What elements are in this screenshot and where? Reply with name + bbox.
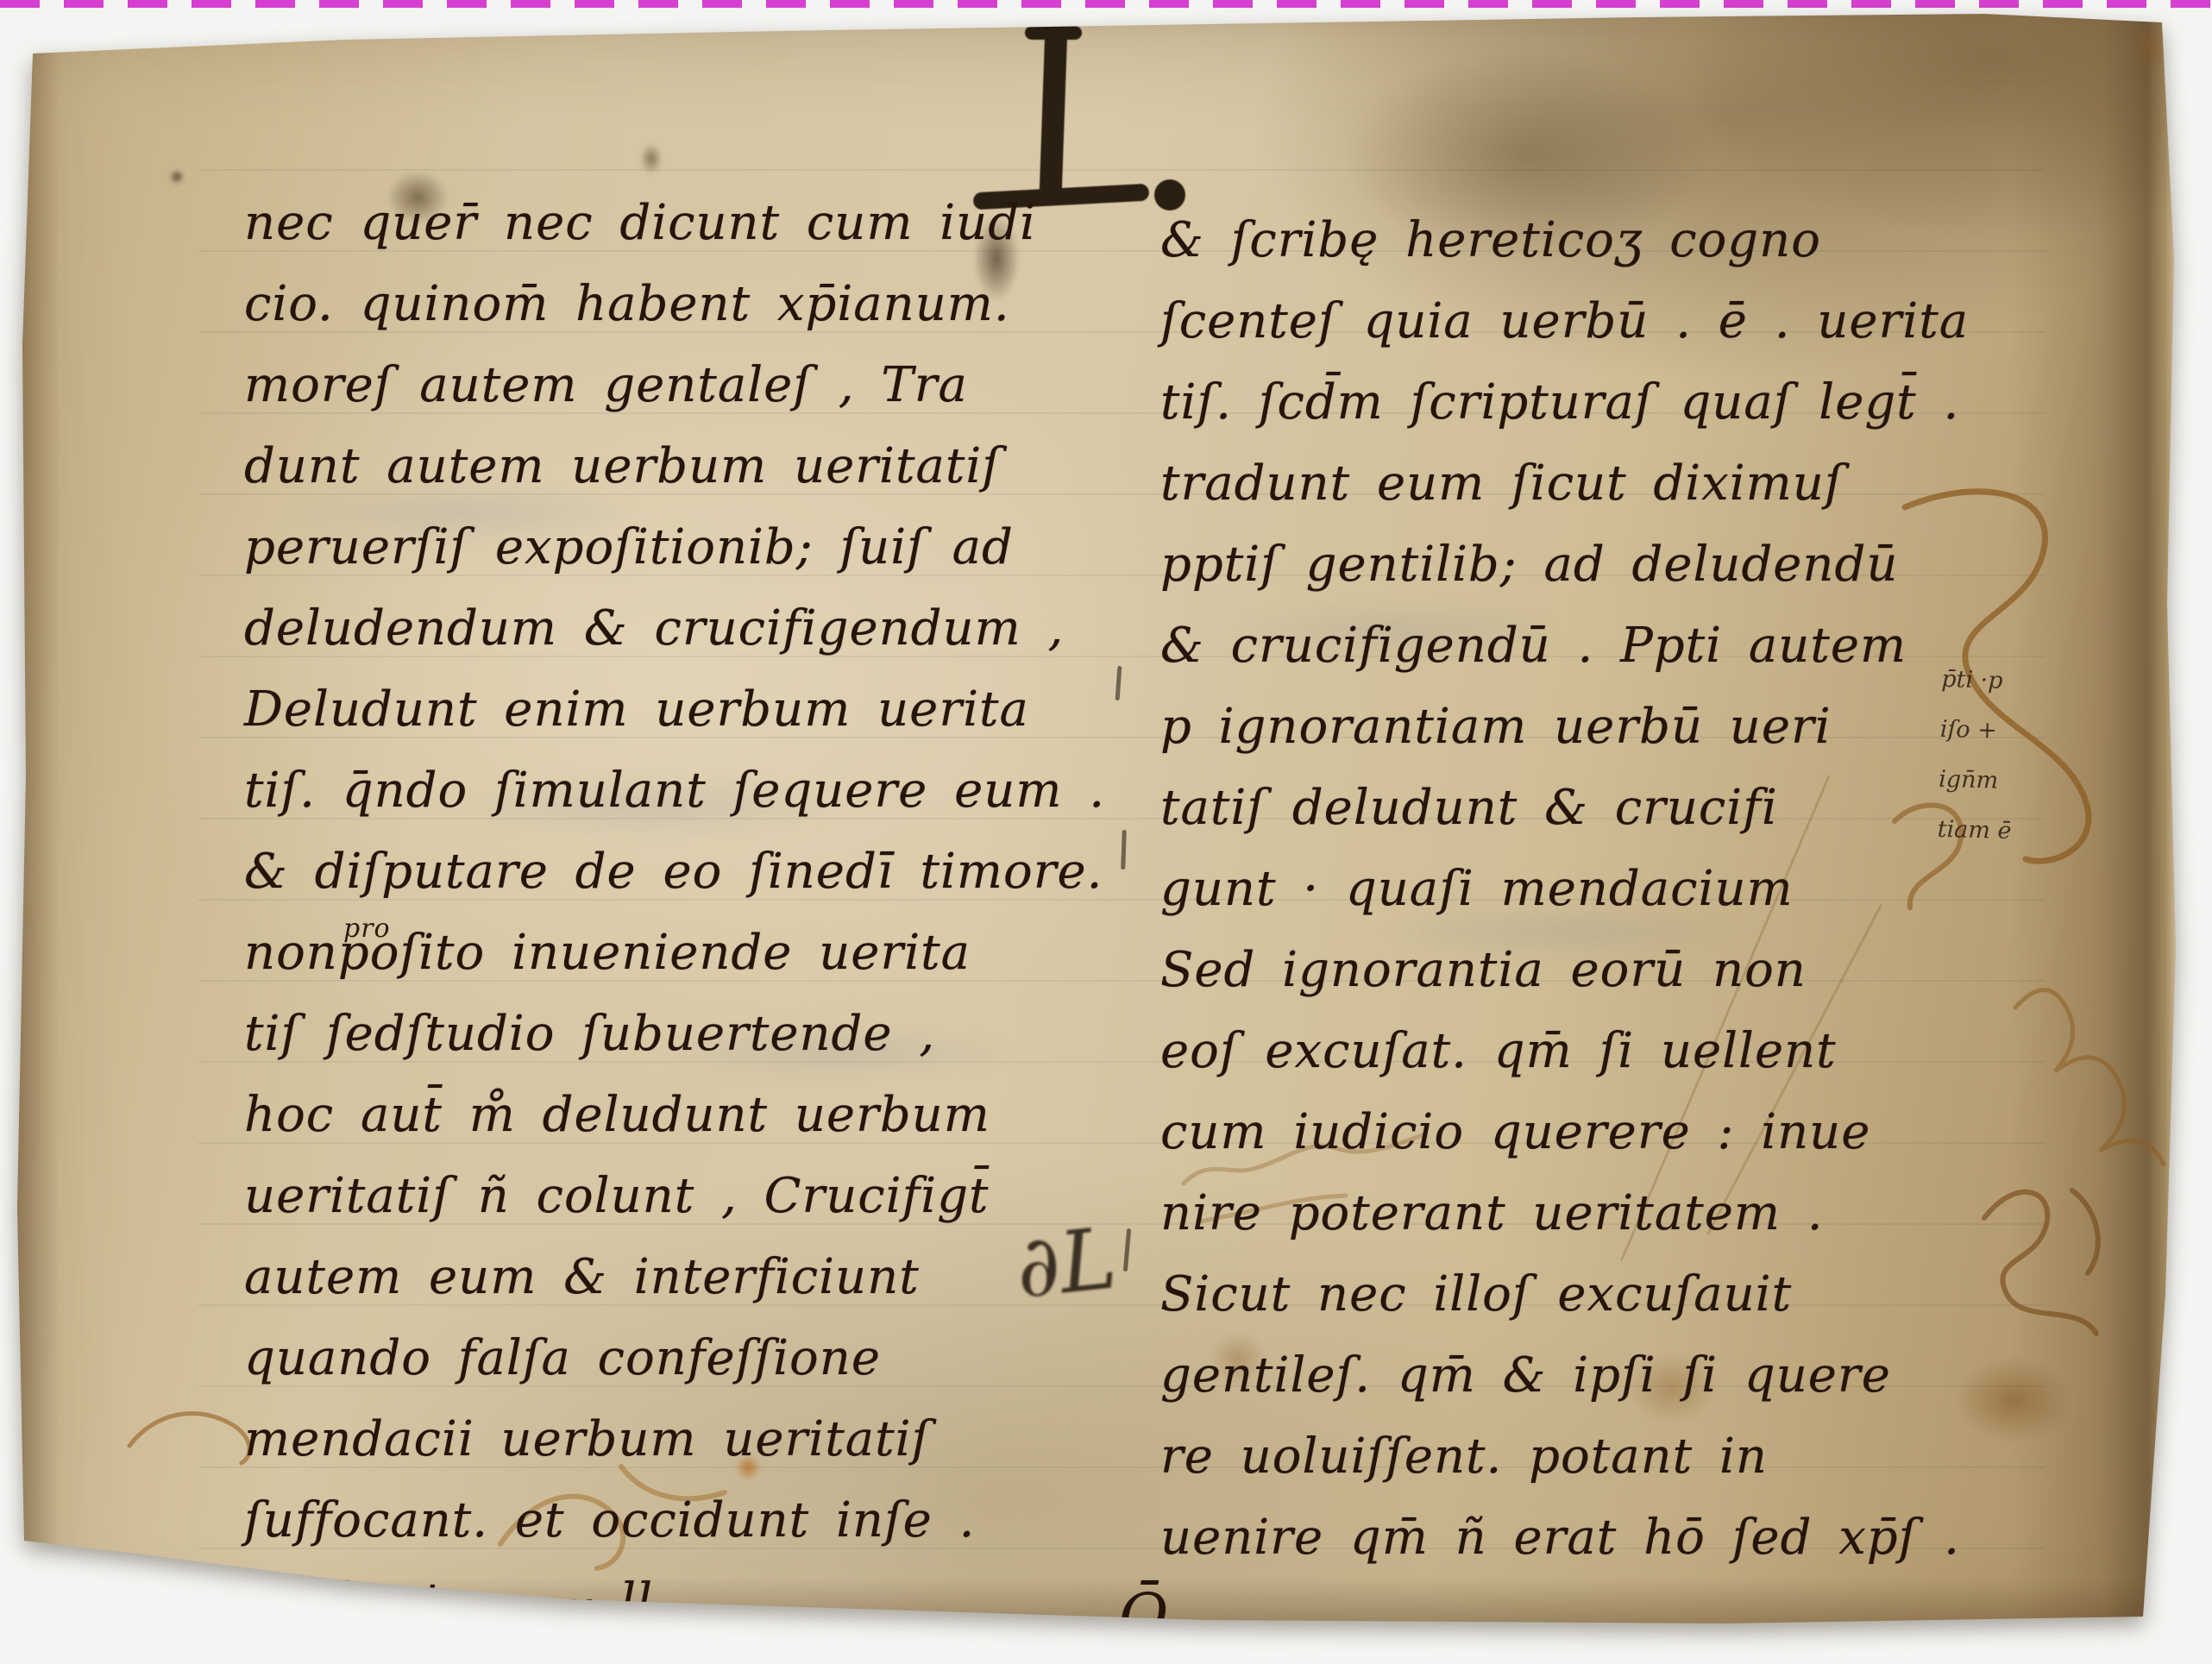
manuscript-line: hoc aut̄ m̊ deludunt uerbum	[244, 1075, 1193, 1156]
ink-fleck	[640, 143, 663, 174]
manuscript-line: nire poterant ueritatem .	[1160, 1173, 2049, 1254]
interlinear-insertion-pro: pro	[343, 916, 391, 942]
manuscript-line: tiſ. ſcd̄m ſcripturaſ quaſ legt̄ .	[1160, 362, 2049, 443]
manuscript-line: tiſ. q̄ndo ſimulant ſequere eum .	[244, 750, 1193, 832]
ink-fleck	[169, 169, 185, 185]
parchment-leaf-shadow: nec quer̄ nec dicunt cum iudicio. quinom…	[0, 0, 2212, 1664]
manuscript-line: dunt autem uerbum ueritatiſ	[244, 426, 1193, 507]
manuscript-line: tiam ē	[1937, 805, 2012, 857]
manuscript-line: ſcenteſ quia uerbū . ē . uerita	[1160, 281, 2049, 362]
manuscript-line: Et ſicut ⋯ ⋯ ll	[244, 1561, 1193, 1642]
manuscript-line: ſuffocant. et occidunt inſe .	[244, 1480, 1193, 1561]
brown-stain	[2131, 22, 2167, 72]
manuscript-line: nec quer̄ nec dicunt cum iudi	[244, 183, 1193, 264]
partial-initial-bottom: Q̄	[1118, 1586, 1167, 1646]
right-text-column: & ſcribę hereticoʒ cognoſcenteſ quia uer…	[1160, 200, 2049, 1579]
manuscript-line: mendacii uerbum ueritatiſ	[244, 1399, 1193, 1480]
manuscript-line: p ignorantiam uerbū ueri	[1160, 687, 2049, 768]
scanned-manuscript-page: nec quer̄ nec dicunt cum iudicio. quinom…	[0, 0, 2212, 1664]
manuscript-line: quando falſa confeſſione	[244, 1318, 1193, 1399]
manuscript-line: uenire qm̄ ñ erat hō ſed xp̄ſ .	[1160, 1498, 2049, 1579]
manuscript-line: pptiſ gentilib; ad deludendū	[1160, 524, 2049, 606]
manuscript-line: & diſputare de eo ſinedī timore.	[244, 832, 1193, 913]
manuscript-line: tatiſ deludunt & crucifi	[1160, 768, 2049, 849]
manuscript-line: tiſ ſedſtudio ſubuertende ,	[244, 994, 1193, 1075]
left-text-column: nec quer̄ nec dicunt cum iudicio. quinom…	[244, 183, 1193, 1642]
inter-column-offset-mark: ∂L	[1012, 1216, 1120, 1311]
manuscript-line: & ſcribę hereticoʒ cogno	[1160, 200, 2049, 281]
manuscript-line: iſo +	[1939, 705, 2014, 757]
manuscript-line: & crucifigendū . Ppti autem	[1160, 606, 2049, 687]
parchment-leaf: nec quer̄ nec dicunt cum iudicio. quinom…	[0, 0, 2212, 1664]
manuscript-line: Sicut nec illoſ excuſauit	[1160, 1254, 2049, 1335]
manuscript-line: deludendum & crucifigendum ,	[244, 588, 1193, 669]
manuscript-line: ign̄m	[1938, 755, 2013, 807]
manuscript-line: re uoluiſſent. potant in	[1160, 1416, 2049, 1498]
manuscript-line: tradunt eum ſicut diximuſ	[1160, 443, 2049, 524]
manuscript-line: Sed ignorantia eorū non	[1160, 930, 2049, 1011]
manuscript-line: peruerſiſ expoſitionib; ſuiſ ad	[244, 507, 1193, 588]
margin-gloss: p̄ti ·piſo +ign̄mtiam ē	[1937, 655, 2016, 857]
manuscript-line: gunt · quaſi mendacium	[1160, 849, 2049, 930]
left-edge-shading	[16, 0, 60, 1664]
manuscript-line: Deludunt enim uerbum uerita	[244, 669, 1193, 750]
manuscript-line: cio. quinom̄ habent xp̄ianum.	[244, 264, 1193, 345]
manuscript-line: p̄ti ·p	[1941, 655, 2016, 706]
manuscript-line: cum iudicio querere : inue	[1160, 1092, 2049, 1173]
manuscript-line: eoſ excuſat. qm̄ ſi uellent	[1160, 1011, 2049, 1092]
quire-mark-stem	[1040, 28, 1068, 198]
manuscript-line: gentileſ. qm̄ & ipſi ſi quere	[1160, 1335, 2049, 1416]
manuscript-line: moreſ autem gentaleſ , Tra	[244, 345, 1193, 426]
